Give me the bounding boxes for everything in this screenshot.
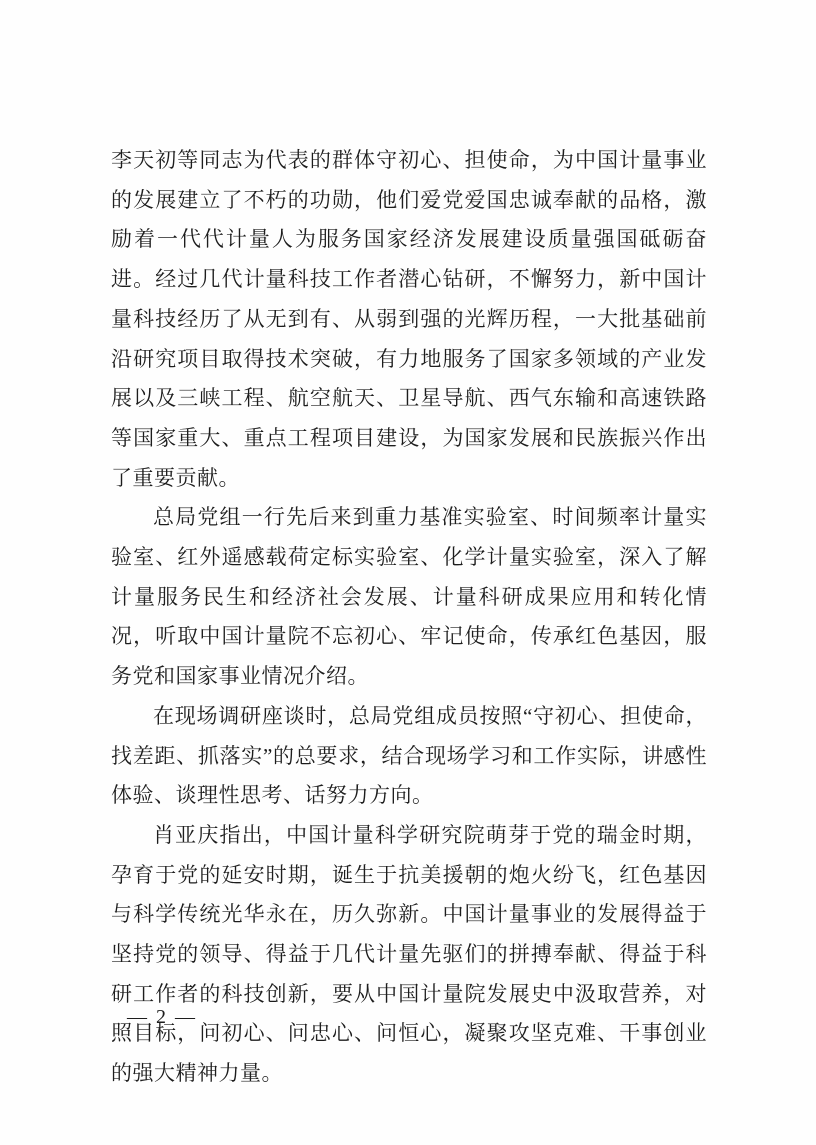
body-paragraph-4: 肖亚庆指出，中国计量科学研究院萌芽于党的瑞金时期，孕育于党的延安时期，诞生于抗美… [111,816,707,1094]
page-number: — 2 — [127,1000,197,1034]
body-paragraph-3: 在现场调研座谈时，总局党组成员按照“守初心、担使命，找差距、抓落实”的总要求，结… [111,697,707,816]
body-paragraph-2: 总局党组一行先后来到重力基准实验室、时间频率计量实验室、红外遥感载荷定标实验室、… [111,498,707,697]
body-paragraph-1: 李天初等同志为代表的群体守初心、担使命，为中国计量事业的发展建立了不朽的功勋，他… [111,141,707,498]
document-page: 李天初等同志为代表的群体守初心、担使命，为中国计量事业的发展建立了不朽的功勋，他… [0,0,816,1145]
document-body: 李天初等同志为代表的群体守初心、担使命，为中国计量事业的发展建立了不朽的功勋，他… [111,141,707,1094]
